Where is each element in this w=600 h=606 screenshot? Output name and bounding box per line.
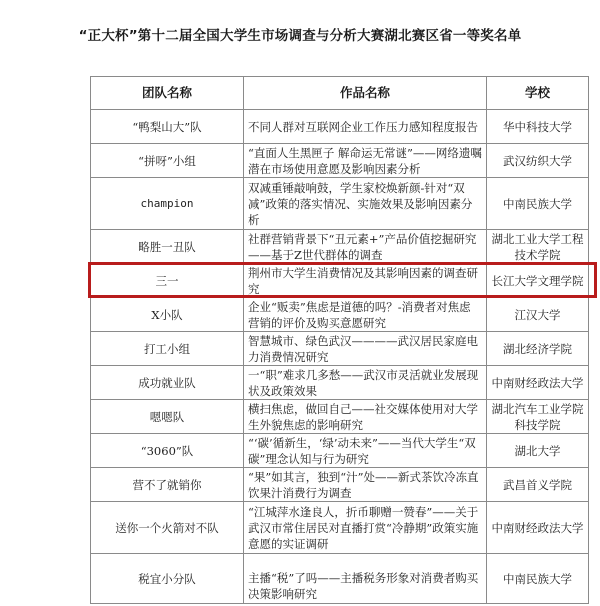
work-title-cell: “‘碳’循新生，‘绿’动未来”——当代大学生“双碳”理念认知与行为研究 xyxy=(244,434,487,468)
team-name-cell: “3060”队 xyxy=(91,434,244,468)
table-header-row: 团队名称 作品名称 学校 xyxy=(91,77,589,110)
header-team-name: 团队名称 xyxy=(91,77,244,110)
school-cell: 江汉大学 xyxy=(487,298,589,332)
table-row: 营不了就销你 “果”如其言，独到“汁”处——新式茶饮冷冻直饮果汁消费行为调查 武… xyxy=(91,468,589,502)
team-name-cell: 送你一个火箭对不队 xyxy=(91,502,244,554)
award-table: 团队名称 作品名称 学校 “鸭梨山大”队 不同人群对互联网企业工作压力感知程度报… xyxy=(90,76,589,604)
work-title-cell: 荆州市大学生消费情况及其影响因素的调查研究 xyxy=(244,264,487,298)
work-title-cell: 社群营销背景下“丑元素+”产品价值挖掘研究——基于Z世代群体的调查 xyxy=(244,230,487,264)
table-row: champion 双减重锤敲响鼓，学生家校焕新颜-针对“双减”政策的落实情况、实… xyxy=(91,178,589,230)
work-title-cell: 横扫焦虑，做回自己——社交媒体使用对大学生外貌焦虑的影响研究 xyxy=(244,400,487,434)
school-cell: 长江大学文理学院 xyxy=(487,264,589,298)
table-row: 税宜小分队 主播“税”了吗——主播税务形象对消费者购买决策影响研究 中南民族大学 xyxy=(91,554,589,604)
table-row: 送你一个火箭对不队 “江城萍水逢良人，折币聊赠一赞春”——关于武汉市常住居民对直… xyxy=(91,502,589,554)
team-name-cell: 打工小组 xyxy=(91,332,244,366)
team-name-cell: 嗯嗯队 xyxy=(91,400,244,434)
table-row: 成功就业队 一“职”难求几多愁——武汉市灵活就业发展现状及政策效果 中南财经政法… xyxy=(91,366,589,400)
team-name-cell: 税宜小分队 xyxy=(91,554,244,604)
header-school: 学校 xyxy=(487,77,589,110)
team-name-cell: 营不了就销你 xyxy=(91,468,244,502)
school-cell: 武昌首义学院 xyxy=(487,468,589,502)
table-row: “拼呀”小组 “直面人生黑匣子 解命运无常谜”——网络遗嘱潜在市场使用意愿及影响… xyxy=(91,144,589,178)
table-row-highlighted: 三一 荆州市大学生消费情况及其影响因素的调查研究 长江大学文理学院 xyxy=(91,264,589,298)
header-work-name: 作品名称 xyxy=(244,77,487,110)
work-title-cell: “直面人生黑匣子 解命运无常谜”——网络遗嘱潜在市场使用意愿及影响因素分析 xyxy=(244,144,487,178)
document-title: “正大杯”第十二届全国大学生市场调查与分析大赛湖北赛区省一等奖名单 xyxy=(0,24,600,44)
table-row: 略胜一丑队 社群营销背景下“丑元素+”产品价值挖掘研究——基于Z世代群体的调查 … xyxy=(91,230,589,264)
work-title-cell: 一“职”难求几多愁——武汉市灵活就业发展现状及政策效果 xyxy=(244,366,487,400)
school-cell: 湖北大学 xyxy=(487,434,589,468)
team-name-cell: “拼呀”小组 xyxy=(91,144,244,178)
school-cell: 湖北汽车工业学院科技学院 xyxy=(487,400,589,434)
school-cell: 湖北工业大学工程技术学院 xyxy=(487,230,589,264)
team-name-cell: X小队 xyxy=(91,298,244,332)
work-title-cell: 主播“税”了吗——主播税务形象对消费者购买决策影响研究 xyxy=(244,554,487,604)
school-cell: 武汉纺织大学 xyxy=(487,144,589,178)
table-row: “3060”队 “‘碳’循新生，‘绿’动未来”——当代大学生“双碳”理念认知与行… xyxy=(91,434,589,468)
team-name-cell: 三一 xyxy=(91,264,244,298)
school-cell: 中南民族大学 xyxy=(487,554,589,604)
school-cell: 中南财经政法大学 xyxy=(487,502,589,554)
team-name-cell: champion xyxy=(91,178,244,230)
team-name-cell: “鸭梨山大”队 xyxy=(91,110,244,144)
school-cell: 中南民族大学 xyxy=(487,178,589,230)
work-title-cell: 不同人群对互联网企业工作压力感知程度报告 xyxy=(244,110,487,144)
table-row: X小队 企业“贩卖”焦虑是道德的吗？-消费者对焦虑营销的评价及购买意愿研究 江汉… xyxy=(91,298,589,332)
work-title-cell: 企业“贩卖”焦虑是道德的吗？-消费者对焦虑营销的评价及购买意愿研究 xyxy=(244,298,487,332)
table-row: 打工小组 智慧城市、绿色武汉————武汉居民家庭电力消费情况研究 湖北经济学院 xyxy=(91,332,589,366)
team-name-cell: 略胜一丑队 xyxy=(91,230,244,264)
school-cell: 中南财经政法大学 xyxy=(487,366,589,400)
work-title-cell: “江城萍水逢良人，折币聊赠一赞春”——关于武汉市常住居民对直播打赏“冷静期”政策… xyxy=(244,502,487,554)
school-cell: 华中科技大学 xyxy=(487,110,589,144)
work-title-cell: “果”如其言，独到“汁”处——新式茶饮冷冻直饮果汁消费行为调查 xyxy=(244,468,487,502)
team-name-cell: 成功就业队 xyxy=(91,366,244,400)
work-title-cell: 智慧城市、绿色武汉————武汉居民家庭电力消费情况研究 xyxy=(244,332,487,366)
school-cell: 湖北经济学院 xyxy=(487,332,589,366)
work-title-cell: 双减重锤敲响鼓，学生家校焕新颜-针对“双减”政策的落实情况、实施效果及影响因素分… xyxy=(244,178,487,230)
table-row: 嗯嗯队 横扫焦虑，做回自己——社交媒体使用对大学生外貌焦虑的影响研究 湖北汽车工… xyxy=(91,400,589,434)
table-row: “鸭梨山大”队 不同人群对互联网企业工作压力感知程度报告 华中科技大学 xyxy=(91,110,589,144)
